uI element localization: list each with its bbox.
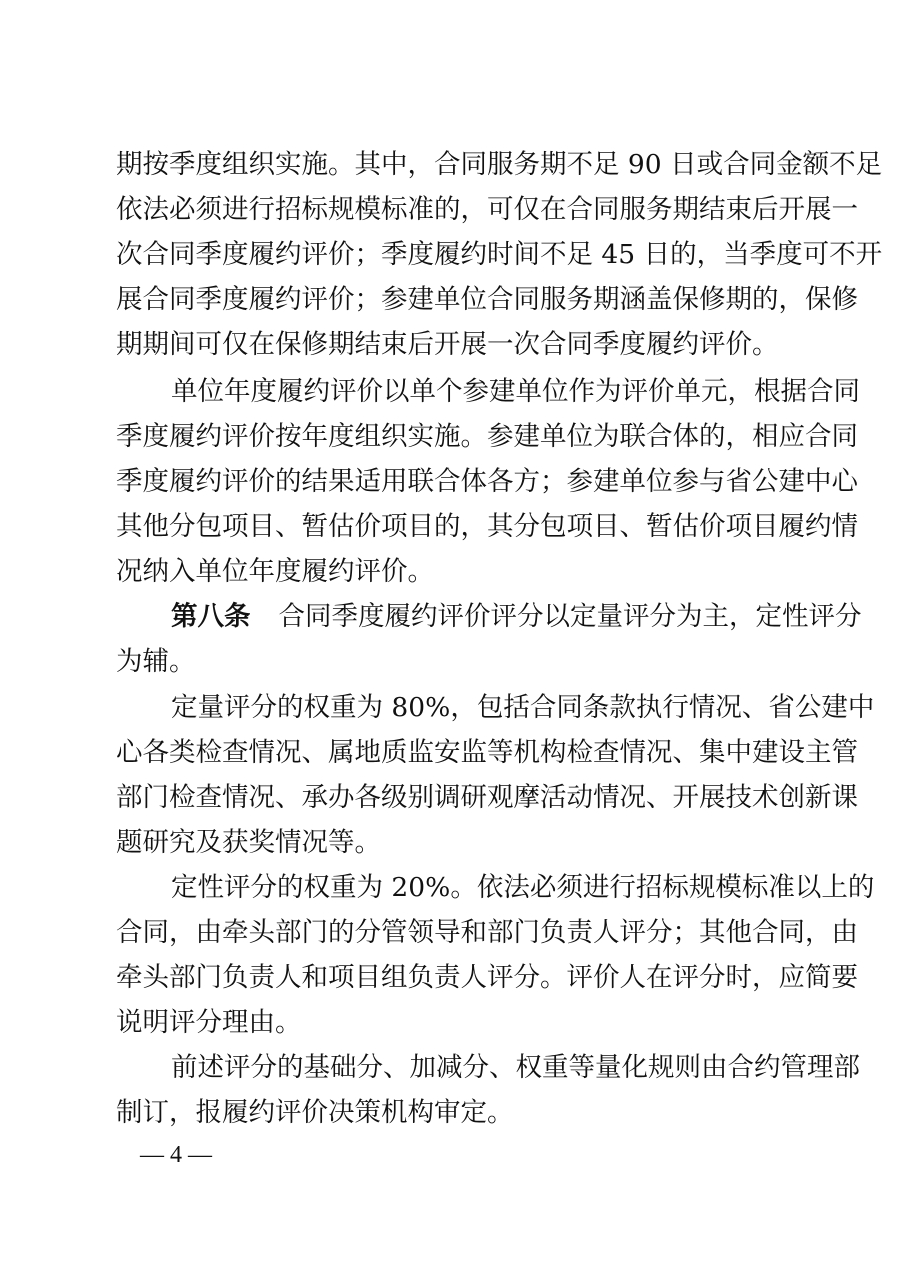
paragraph-line: 其他分包项目、暂估价项目的，其分包项目、暂估价项目履约情 <box>116 507 782 547</box>
paragraph-line: 制订，报履约评价决策机构审定。 <box>116 1093 782 1133</box>
paragraph-line: 期按季度组织实施。其中，合同服务期不足 90 日或合同金额不足 <box>116 145 782 185</box>
paragraph-line: 心各类检查情况、属地质监安监等机构检查情况、集中建设主管 <box>116 733 782 773</box>
paragraph-line: 合同，由牵头部门的分管领导和部门负责人评分；其他合同，由 <box>116 913 782 953</box>
paragraph-line: 季度履约评价的结果适用联合体各方；参建单位参与省公建中心 <box>116 462 782 502</box>
paragraph-line: 单位年度履约评价以单个参建单位作为评价单元，根据合同 <box>171 372 782 412</box>
paragraph-line: 为辅。 <box>116 642 782 682</box>
paragraph-line: 季度履约评价按年度组织实施。参建单位为联合体的，相应合同 <box>116 417 782 457</box>
paragraph-line: 定量评分的权重为 80%，包括合同条款执行情况、省公建中 <box>171 688 782 728</box>
paragraph-line: 况纳入单位年度履约评价。 <box>116 552 782 592</box>
paragraph-line: 题研究及获奖情况等。 <box>116 823 782 863</box>
paragraph-line: 合同季度履约评价评分以定量评分为主，定性评分 <box>279 597 862 637</box>
paragraph-line: 次合同季度履约评价；季度履约时间不足 45 日的，当季度可不开 <box>116 235 782 275</box>
paragraph-line: 展合同季度履约评价；参建单位合同服务期涵盖保修期的，保修 <box>116 280 782 320</box>
paragraph-line: 定性评分的权重为 20%。依法必须进行招标规模标准以上的 <box>171 868 782 908</box>
paragraph-line: 说明评分理由。 <box>116 1003 782 1043</box>
article-8-line: 第八条 合同季度履约评价评分以定量评分为主，定性评分 <box>171 597 782 637</box>
paragraph-line: 部门检查情况、承办各级别调研观摩活动情况、开展技术创新课 <box>116 778 782 818</box>
document-page: 期按季度组织实施。其中，合同服务期不足 90 日或合同金额不足 依法必须进行招标… <box>0 0 900 1273</box>
paragraph-line: 牵头部门负责人和项目组负责人评分。评价人在评分时，应简要 <box>116 958 782 998</box>
paragraph-line: 期期间可仅在保修期结束后开展一次合同季度履约评价。 <box>116 325 782 365</box>
page-number: — 4 — <box>140 1142 212 1169</box>
paragraph-line: 依法必须进行招标规模标准的，可仅在合同服务期结束后开展一 <box>116 190 782 230</box>
paragraph-line: 前述评分的基础分、加减分、权重等量化规则由合约管理部 <box>171 1048 782 1088</box>
article-label: 第八条 <box>171 597 251 637</box>
